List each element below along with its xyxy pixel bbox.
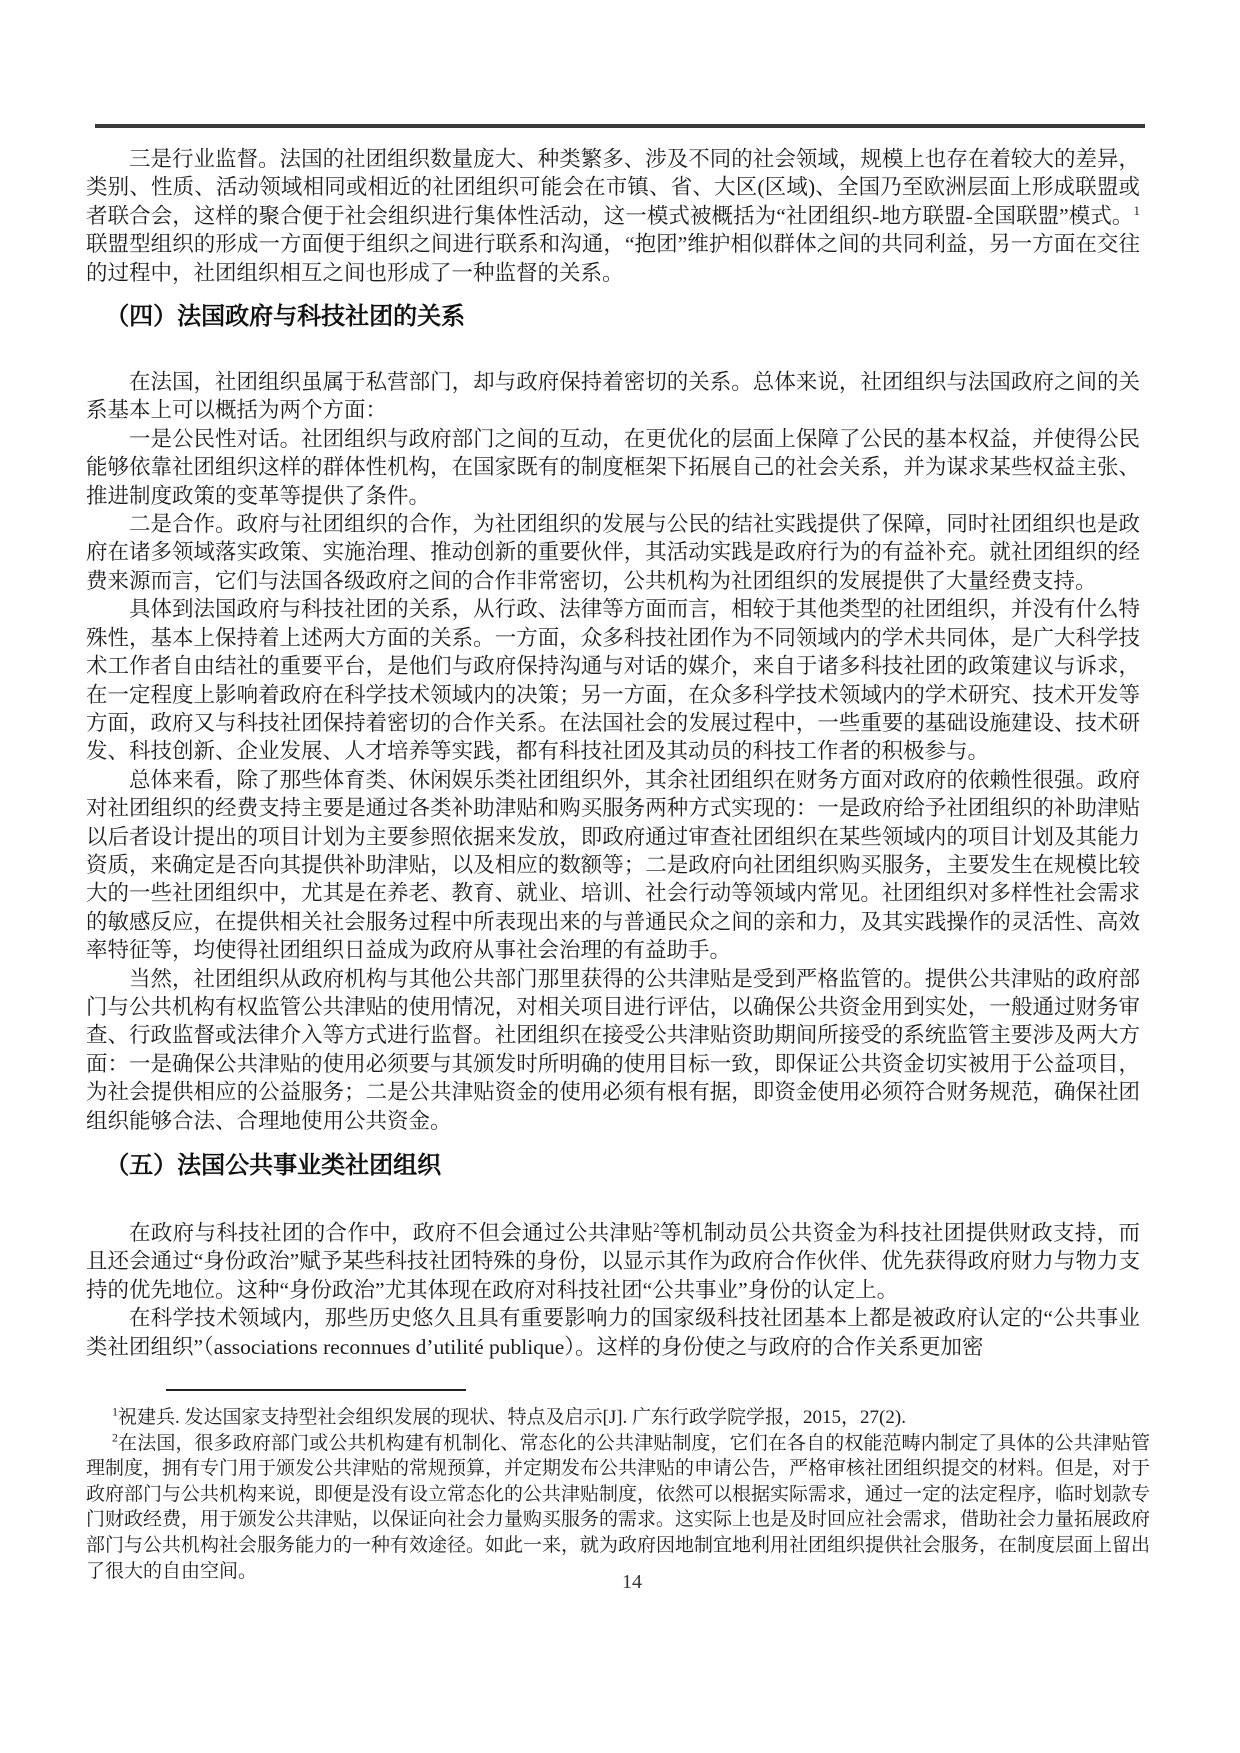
paragraph-gov-sci-societies: 具体到法国政府与科技社团的关系，从行政、法律等方面而言，相较于其他类型的社团组织… <box>86 595 1140 765</box>
footnote-1: 1祝建兵. 发达国家支持型社会组织发展的现状、特点及启示[J]. 广东行政学院学… <box>86 1405 1150 1431</box>
paragraph-industry-supervision: 三是行业监督。法国的社团组织数量庞大、种类繁多、涉及不同的社会领域，规模上也存在… <box>86 145 1140 287</box>
document-page: 三是行业监督。法国的社团组织数量庞大、种类繁多、涉及不同的社会领域，规模上也存在… <box>0 0 1240 1753</box>
paragraph-subsidy-supervision: 当然，社团组织从政府机构与其他公共部门那里获得的公共津贴是受到严格监管的。提供公… <box>86 965 1140 1135</box>
paragraph-cooperation: 二是合作。政府与社团组织的合作，为社团组织的发展与公民的结社实践提供了保障，同时… <box>86 510 1140 595</box>
paragraph-text: 联盟型组织的形成一方面便于组织之间进行联系和沟通，“抱团”维护相似群体之间的共同… <box>86 232 1140 284</box>
footnote-ref-1: 1 <box>1134 203 1141 218</box>
header-rule <box>95 124 1145 128</box>
paragraph-public-utility: 在科学技术领域内，那些历史悠久且具有重要影响力的国家级科技社团基本上都是被政府认… <box>86 1304 1140 1361</box>
footnote-2: 2在法国，很多政府部门或公共机构建有机制化、常态化的公共津贴制度，它们在各自的权… <box>86 1431 1150 1585</box>
paragraph-financial-dependence: 总体来看，除了那些体育类、休闲娱乐类社团组织外，其余社团组织在财务方面对政府的依… <box>86 766 1140 965</box>
section-heading-4: （四）法国政府与科技社团的关系 <box>86 302 1140 332</box>
paragraph-text: 在政府与科技社团的合作中，政府不但会通过公共津贴 <box>129 1221 653 1245</box>
footnote-text: 祝建兵. 发达国家支持型社会组织发展的现状、特点及启示[J]. 广东行政学院学报… <box>118 1407 906 1428</box>
footnote-text: 在法国，很多政府部门或公共机构建有机制化、常态化的公共津贴制度，它们在各自的权能… <box>86 1433 1150 1582</box>
section-heading-5: （五）法国公共事业类社团组织 <box>86 1151 1140 1181</box>
paragraph-civic-dialogue: 一是公民性对话。社团组织与政府部门之间的互动，在更优化的层面上保障了公民的基本权… <box>86 425 1140 510</box>
page-number: 14 <box>622 1570 642 1594</box>
body-text: 三是行业监督。法国的社团组织数量庞大、种类繁多、涉及不同的社会领域，规模上也存在… <box>86 145 1140 1361</box>
footnote-area: 1祝建兵. 发达国家支持型社会组织发展的现状、特点及启示[J]. 广东行政学院学… <box>86 1389 1150 1584</box>
paragraph-in-france: 在法国，社团组织虽属于私营部门，却与政府保持着密切的关系。总体来说，社团组织与法… <box>86 368 1140 425</box>
paragraph-text: 三是行业监督。法国的社团组织数量庞大、种类繁多、涉及不同的社会领域，规模上也存在… <box>86 147 1140 228</box>
paragraph-identity-politics: 在政府与科技社团的合作中，政府不但会通过公共津贴2等机制动员公共资金为科技社团提… <box>86 1219 1140 1304</box>
footnote-separator-rule <box>166 1389 466 1391</box>
